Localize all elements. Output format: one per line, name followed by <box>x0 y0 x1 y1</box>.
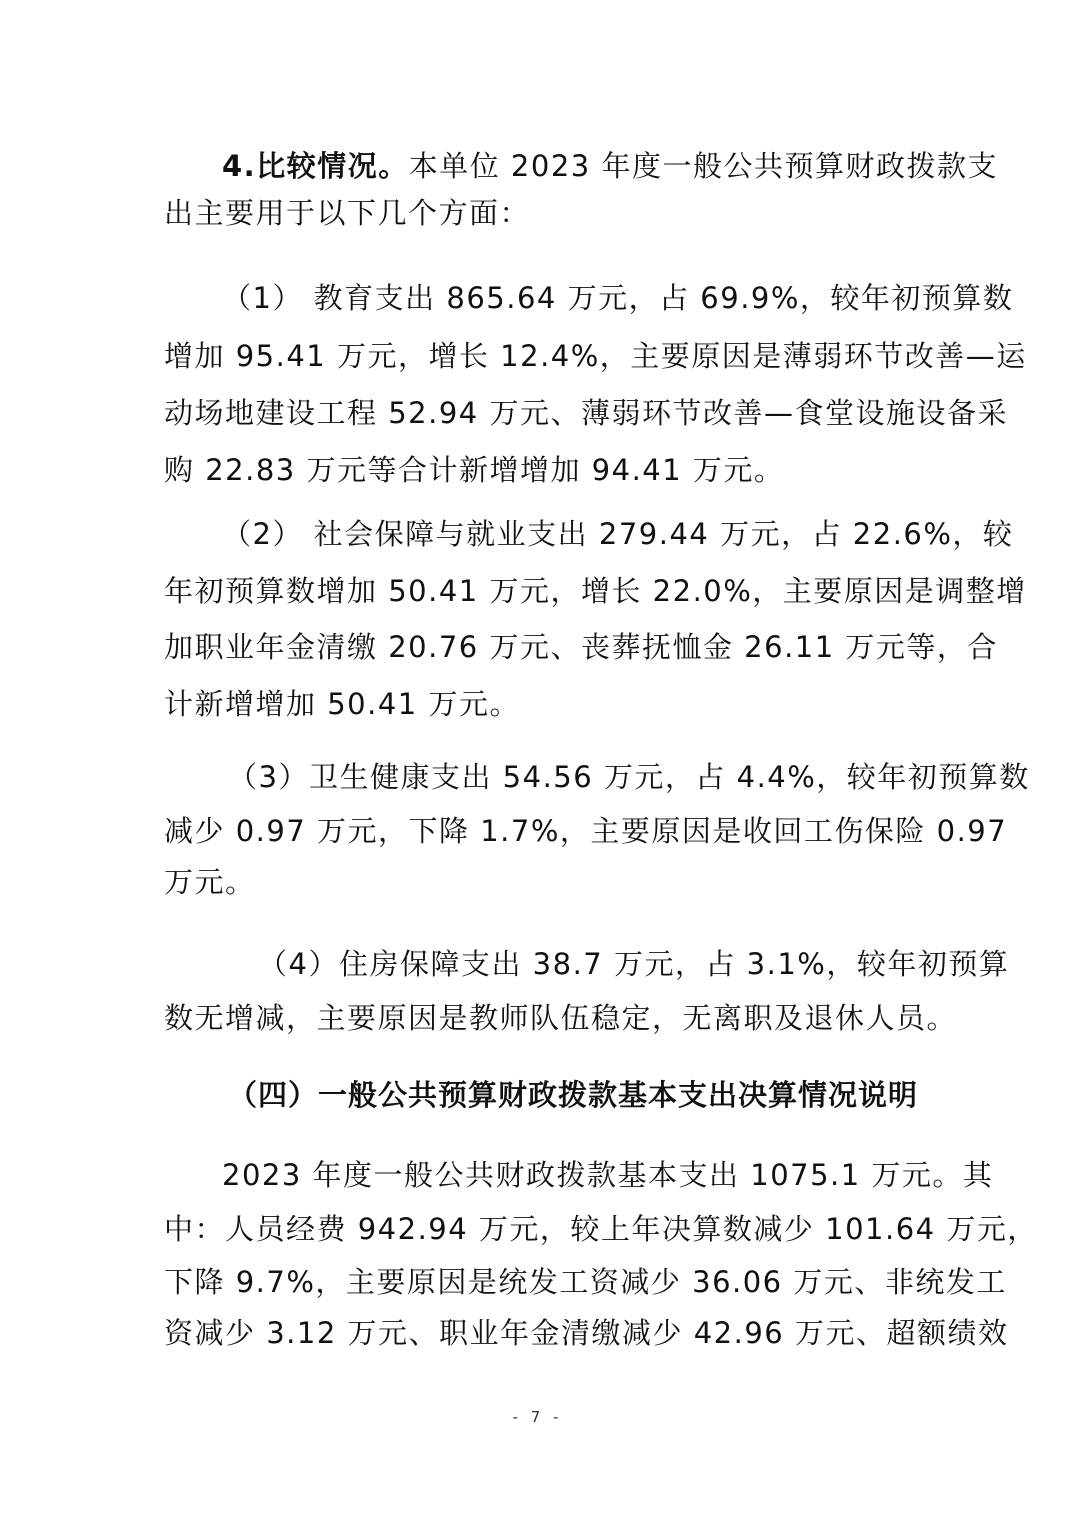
item-health-line-1: （3）卫生健康支出 54.56 万元，占 4.4%，较年初预算数 <box>228 757 912 797</box>
paragraph-comparison-line-1: 4.比较情况。本单位 2023 年度一般公共预算财政拨款支 <box>222 146 912 186</box>
item-social-security-line-1: （2） 社会保障与就业支出 279.44 万元，占 22.6%，较 <box>222 514 912 554</box>
document-page: 4.比较情况。本单位 2023 年度一般公共预算财政拨款支 出主要用于以下几个方… <box>0 0 1075 1520</box>
item-social-security-line-4: 计新增增加 50.41 万元。 <box>164 684 912 724</box>
item-education-line-1: （1） 教育支出 865.64 万元，占 69.9%，较年初预算数 <box>222 278 912 318</box>
comparison-lead-text: 本单位 2023 年度一般公共预算财政拨款支 <box>409 149 998 183</box>
basic-expenditure-line-4: 资减少 3.12 万元、职业年金清缴减少 42.96 万元、超额绩效 <box>164 1313 912 1353</box>
item-social-security-line-2: 年初预算数增加 50.41 万元，增长 22.0%，主要原因是调整增 <box>164 571 912 611</box>
basic-expenditure-line-2: 中：人员经费 942.94 万元，较上年决算数减少 101.64 万元， <box>164 1209 912 1249</box>
item-education-line-3: 动场地建设工程 52.94 万元、薄弱环节改善—食堂设施设备采 <box>164 393 912 433</box>
item-education-line-4: 购 22.83 万元等合计新增增加 94.41 万元。 <box>164 450 912 490</box>
item-social-security-line-3: 加职业年金清缴 20.76 万元、丧葬抚恤金 26.11 万元等，合 <box>164 627 912 667</box>
item-health-line-2: 减少 0.97 万元，下降 1.7%，主要原因是收回工伤保险 0.97 <box>164 811 912 851</box>
item-education-line-2: 增加 95.41 万元，增长 12.4%，主要原因是薄弱环节改善—运 <box>164 336 912 376</box>
item-health-line-3: 万元。 <box>164 862 912 902</box>
comparison-lead-bold: 4.比较情况。 <box>222 149 409 183</box>
page-number: - 7 - <box>0 1408 1075 1426</box>
basic-expenditure-line-1: 2023 年度一般公共财政拨款基本支出 1075.1 万元。其 <box>222 1155 912 1195</box>
subsection-heading: （四）一般公共预算财政拨款基本支出决算情况说明 <box>228 1075 912 1115</box>
item-housing-line-1: （4）住房保障支出 38.7 万元，占 3.1%，较年初预算 <box>258 944 912 984</box>
paragraph-comparison-line-2: 出主要用于以下几个方面： <box>164 193 912 233</box>
basic-expenditure-line-3: 下降 9.7%，主要原因是统发工资减少 36.06 万元、非统发工 <box>164 1262 912 1302</box>
item-housing-line-2: 数无增减，主要原因是教师队伍稳定，无离职及退休人员。 <box>164 998 912 1038</box>
